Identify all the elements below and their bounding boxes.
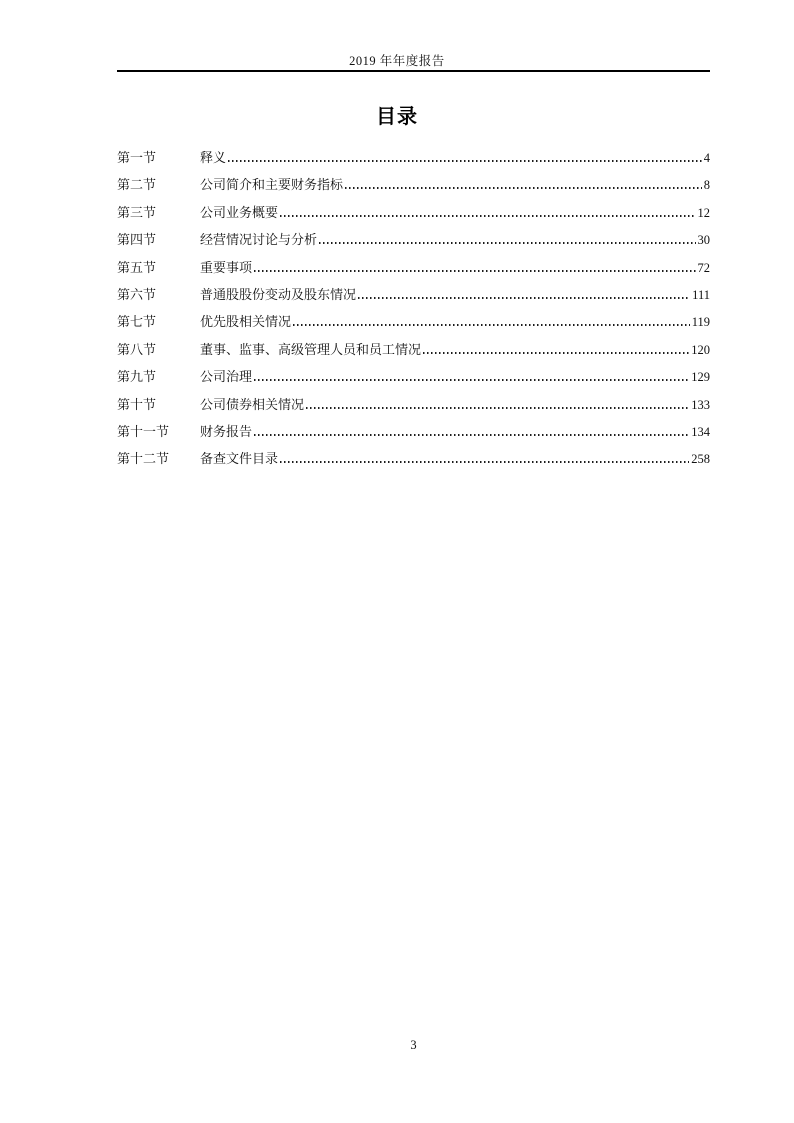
page-footer: 3 [117,1038,710,1053]
toc-entry[interactable]: 第五节 重要事项 72 [117,254,710,281]
toc-entry[interactable]: 第十节 公司债券相关情况 133 [117,391,710,418]
toc-entry[interactable]: 第六节 普通股股份变动及股东情况 111 [117,281,710,308]
toc-entry-page: 30 [698,227,711,254]
header-divider [117,70,710,72]
toc-entry-title: 公司业务概要 [200,199,278,226]
toc-entry-title: 重要事项 [200,254,252,281]
toc-entry-page: 12 [698,200,711,227]
toc-dot-leader [306,407,689,409]
toc-entry-page: 111 [692,282,710,309]
toc-entry-section: 第十二节 [117,445,200,472]
toc-entry[interactable]: 第九节 公司治理 129 [117,363,710,390]
toc-dot-leader [254,379,689,381]
toc-entry-page: 133 [691,392,710,419]
toc-entry-section: 第九节 [117,363,200,390]
toc-entry-section: 第十一节 [117,418,200,445]
toc-entry-page: 72 [698,255,711,282]
toc-entry[interactable]: 第二节 公司简介和主要财务指标 8 [117,171,710,198]
toc-dot-leader [358,297,690,299]
toc-entry[interactable]: 第四节 经营情况讨论与分析 30 [117,226,710,253]
toc-entry-page: 129 [691,364,710,391]
toc-dot-leader [423,352,689,354]
toc-entry-section: 第十节 [117,391,200,418]
toc-entry[interactable]: 第八节 董事、监事、高级管理人员和员工情况 120 [117,336,710,363]
toc-entry-page: 4 [704,145,710,172]
toc-dot-leader [293,324,690,326]
toc-dot-leader [345,187,702,189]
toc-entry-section: 第五节 [117,254,200,281]
toc-entry-section: 第六节 [117,281,200,308]
toc-entry-section: 第三节 [117,199,200,226]
toc-entry-title: 财务报告 [200,418,252,445]
toc-dot-leader [254,434,689,436]
toc-entry-title: 备查文件目录 [200,445,278,472]
toc-entry-page: 134 [691,419,710,446]
toc-dot-leader [254,270,695,272]
toc-dot-leader [319,242,695,244]
toc-entry[interactable]: 第三节 公司业务概要 12 [117,199,710,226]
toc-entry-page: 119 [692,309,710,336]
header-title: 2019 年年度报告 [0,51,794,69]
toc-entry-page: 258 [691,446,710,473]
toc-heading: 目录 [0,100,794,129]
toc-entry-title: 优先股相关情况 [200,308,291,335]
toc-entry[interactable]: 第十二节 备查文件目录 258 [117,445,710,472]
toc-entry-title: 经营情况讨论与分析 [200,226,317,253]
toc-entry-section: 第二节 [117,171,200,198]
toc-entry-title: 普通股股份变动及股东情况 [200,281,356,308]
toc-dot-leader [280,461,689,463]
toc-dot-leader [280,215,695,217]
toc-dot-leader [228,160,702,162]
toc-entry[interactable]: 第十一节 财务报告 134 [117,418,710,445]
footer-page-number: 3 [410,1038,416,1052]
toc-entry-title: 公司债券相关情况 [200,391,304,418]
toc-entry-section: 第八节 [117,336,200,363]
toc-list: 第一节 释义 4 第二节 公司简介和主要财务指标 8 第三节 公司业务概要 12… [117,144,710,473]
toc-entry-page: 120 [691,337,710,364]
toc-entry-section: 第一节 [117,144,200,171]
toc-entry-title: 释义 [200,144,226,171]
toc-entry-section: 第七节 [117,308,200,335]
document-page: 2019 年年度报告 目录 第一节 释义 4 第二节 公司简介和主要财务指标 8… [0,0,794,1123]
toc-entry-title: 公司治理 [200,363,252,390]
toc-entry-page: 8 [704,172,710,199]
toc-entry-section: 第四节 [117,226,200,253]
toc-entry[interactable]: 第七节 优先股相关情况 119 [117,308,710,335]
toc-entry-title: 董事、监事、高级管理人员和员工情况 [200,336,421,363]
toc-entry-title: 公司简介和主要财务指标 [200,171,343,198]
toc-entry[interactable]: 第一节 释义 4 [117,144,710,171]
